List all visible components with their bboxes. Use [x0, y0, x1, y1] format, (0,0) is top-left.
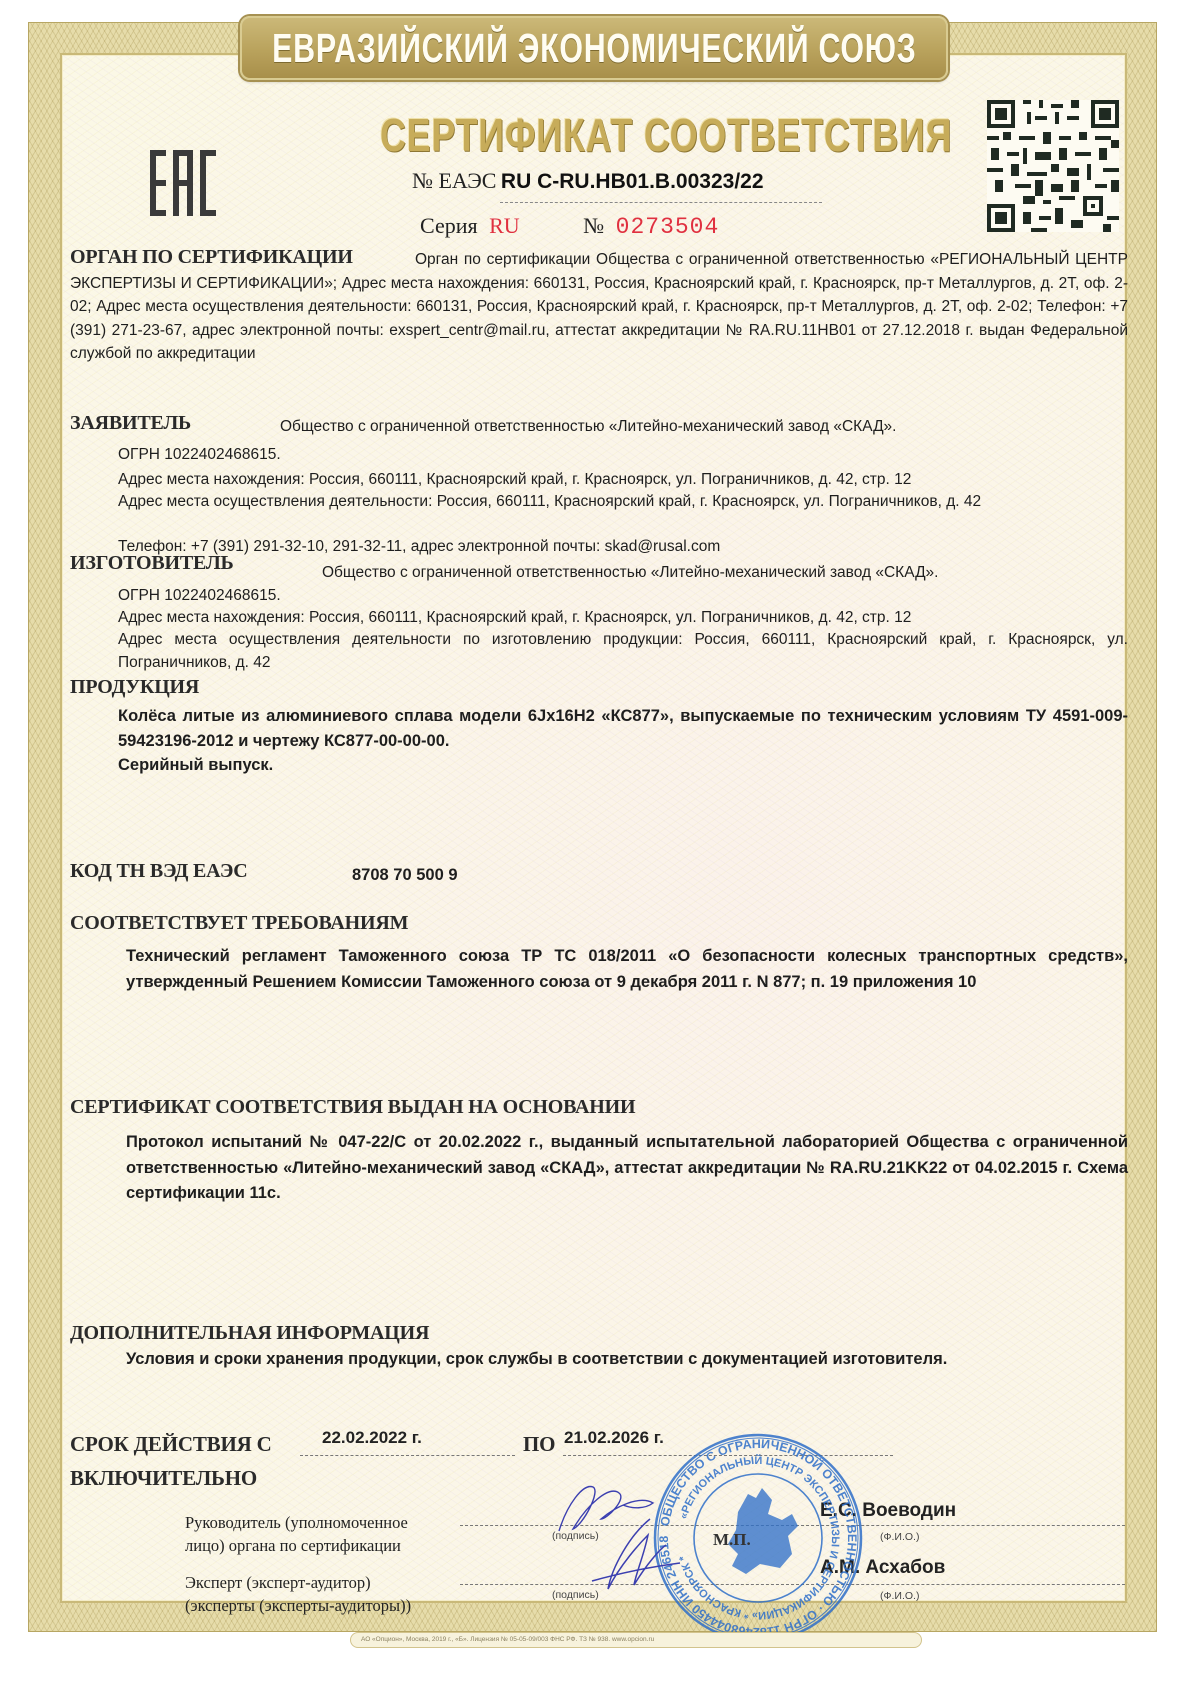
head-label-line2: лицо) органа по сертификации	[185, 1534, 401, 1557]
validity-from-label: СРОК ДЕЙСТВИЯ С	[70, 1432, 272, 1457]
validity-inclusive-label: ВКЛЮЧИТЕЛЬНО	[70, 1466, 257, 1491]
manufacturer-production-address: Адрес места осуществления деятельности п…	[118, 629, 1128, 674]
applicant-activity-address: Адрес места осуществления деятельности: …	[118, 491, 1128, 514]
applicant-name: Общество с ограниченной ответственностью…	[280, 416, 1130, 439]
printer-imprint: АО «Опцион», Москва, 2019 г., «Б». Лицен…	[350, 1632, 922, 1648]
additional-info-heading: ДОПОЛНИТЕЛЬНАЯ ИНФОРМАЦИЯ	[70, 1322, 429, 1345]
validity-to-value: 21.02.2026 г.	[564, 1428, 664, 1448]
union-title: ЕВРАЗИЙСКИЙ ЭКОНОМИЧЕСКИЙ СОЮЗ	[272, 25, 916, 72]
certificate-number: № ЕАЭС RU C-RU.HB01.B.00323/22	[412, 168, 764, 194]
document-title: СЕРТИФИКАТ СООТВЕТСТВИЯ	[380, 108, 805, 162]
blank-number-value: 0273504	[616, 214, 720, 240]
requirements-heading: СООТВЕТСТВУЕТ ТРЕБОВАНИЯМ	[70, 912, 408, 935]
manufacturer-heading: ИЗГОТОВИТЕЛЬ	[70, 552, 234, 575]
qr-code-icon[interactable]	[985, 100, 1121, 232]
series-label: Серия	[420, 213, 478, 238]
eac-logo-icon	[148, 148, 218, 218]
union-banner: ЕВРАЗИЙСКИЙ ЭКОНОМИЧЕСКИЙ СОЮЗ	[240, 16, 948, 80]
number-value: RU C-RU.HB01.B.00323/22	[501, 170, 764, 193]
certification-body-text-content: Орган по сертификации Общества с огранич…	[70, 251, 1128, 362]
expert-label-line2: (эксперты (эксперты-аудиторы))	[185, 1594, 411, 1617]
certification-body-text: Орган по сертификации Общества с огранич…	[70, 248, 1128, 366]
expert-signature-icon	[590, 1515, 685, 1595]
number-underline	[500, 202, 822, 203]
additional-info-text: Условия и сроки хранения продукции, срок…	[126, 1347, 1128, 1373]
requirements-text: Технический регламент Таможенного союза …	[126, 944, 1128, 995]
validity-from-value: 22.02.2022 г.	[322, 1428, 422, 1448]
hs-code-value: 8708 70 500 9	[352, 863, 652, 887]
applicant-heading: ЗАЯВИТЕЛЬ	[70, 412, 191, 435]
applicant-contacts: Телефон: +7 (391) 291-32-10, 291-32-11, …	[118, 536, 1128, 559]
expert-label-line1: Эксперт (эксперт-аудитор)	[185, 1571, 371, 1594]
manufacturer-address: Адрес места нахождения: Россия, 660111, …	[118, 607, 1128, 630]
expert-name-caption: (Ф.И.О.)	[880, 1590, 919, 1602]
product-heading: ПРОДУКЦИЯ	[70, 676, 199, 699]
stamp-place-label: М.П.	[713, 1530, 751, 1550]
hs-code-heading: КОД ТН ВЭД ЕАЭС	[70, 860, 248, 883]
head-label-line1: Руководитель (уполномоченное	[185, 1511, 408, 1534]
blank-number-label: №	[583, 213, 604, 238]
basis-heading: СЕРТИФИКАТ СООТВЕТСТВИЯ ВЫДАН НА ОСНОВАН…	[70, 1096, 635, 1119]
validity-from-line	[300, 1455, 515, 1456]
series-line: Серия RU № 0273504	[420, 213, 719, 240]
validity-to-label: ПО	[523, 1432, 555, 1457]
series-value: RU	[489, 213, 520, 238]
applicant-ogrn: ОГРН 1022402468615.	[118, 444, 1128, 467]
manufacturer-name: Общество с ограниченной ответственностью…	[322, 562, 1128, 585]
applicant-address: Адрес места нахождения: Россия, 660111, …	[118, 469, 1128, 492]
basis-text: Протокол испытаний № 047-22/С от 20.02.2…	[126, 1130, 1128, 1207]
product-description: Колёса литые из алюминиевого сплава моде…	[118, 704, 1128, 754]
manufacturer-ogrn: ОГРН 1022402468615.	[118, 585, 1128, 608]
number-prefix: № ЕАЭС	[412, 168, 496, 193]
head-name-caption: (Ф.И.О.)	[880, 1531, 919, 1543]
product-release-type: Серийный выпуск.	[118, 753, 1128, 777]
